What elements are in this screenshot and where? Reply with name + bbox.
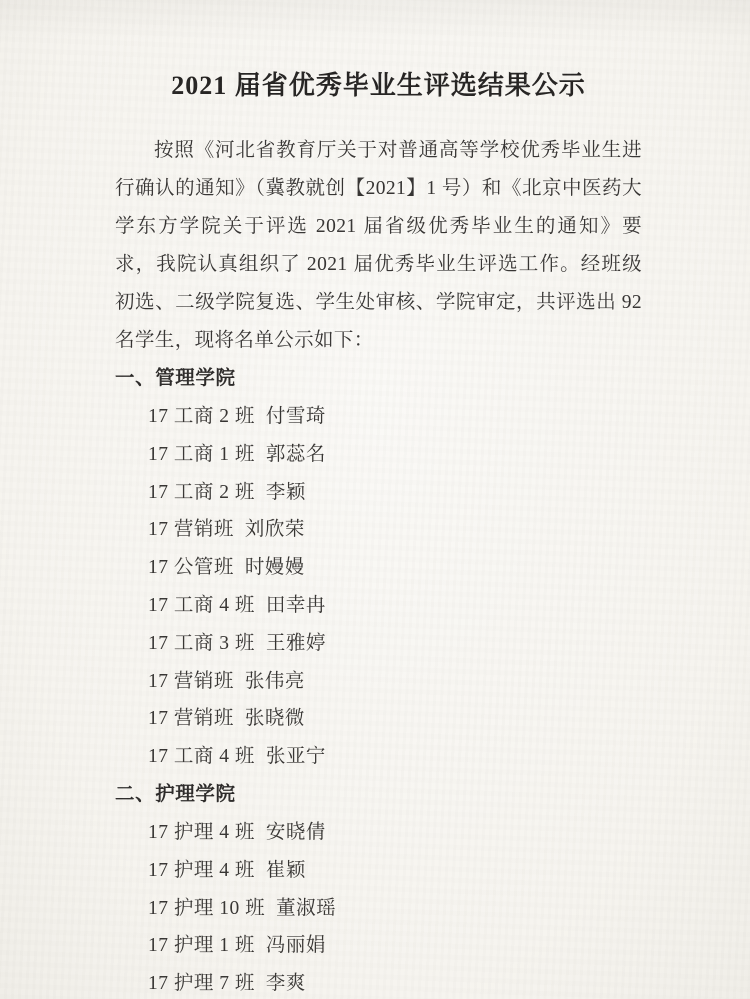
student-class: 17 工商 2 班 [148,406,255,427]
student-class: 17 工商 3 班 [148,633,255,654]
student-class: 17 工商 1 班 [148,444,255,465]
student-row: 17 工商 3 班王雅婷 [115,625,642,663]
student-row: 17 护理 4 班崔颖 [115,852,642,890]
student-row: 17 营销班刘欣荣 [115,511,642,549]
student-row: 17 护理 10 班董淑瑶 [115,890,642,928]
student-class: 17 营销班 [148,708,234,729]
student-name: 王雅婷 [266,633,326,654]
student-name: 崔颖 [266,860,306,881]
student-name: 李颖 [266,482,306,503]
student-name: 时嫚嫚 [245,557,305,578]
student-class: 17 工商 4 班 [148,595,255,616]
student-name: 李爽 [266,973,306,994]
student-class: 17 营销班 [148,671,234,692]
student-list-management: 17 工商 2 班付雪琦 17 工商 1 班郭蕊名 17 工商 2 班李颖 17… [115,398,642,776]
student-class: 17 护理 4 班 [148,822,255,843]
student-name: 田幸冉 [266,595,326,616]
student-name: 安晓倩 [266,822,326,843]
student-row: 17 护理 7 班李爽 [115,965,642,999]
student-class: 17 护理 10 班 [148,898,265,919]
student-name: 冯丽娟 [266,935,326,956]
student-row: 17 营销班张晓微 [115,700,642,738]
student-name: 付雪琦 [266,406,326,427]
student-name: 刘欣荣 [245,519,305,540]
section-management: 一、管理学院 17 工商 2 班付雪琦 17 工商 1 班郭蕊名 17 工商 2… [115,360,642,776]
section-heading-management: 一、管理学院 [115,360,642,398]
section-heading-nursing: 二、护理学院 [115,776,642,814]
student-class: 17 护理 1 班 [148,935,255,956]
student-name: 郭蕊名 [266,444,326,465]
student-row: 17 工商 4 班田幸冉 [115,587,642,625]
student-name: 张晓微 [245,708,305,729]
intro-paragraph: 按照《河北省教育厅关于对普通高等学校优秀毕业生进行确认的通知》（冀教就创【202… [115,132,642,360]
student-list-nursing: 17 护理 4 班安晓倩 17 护理 4 班崔颖 17 护理 10 班董淑瑶 1… [115,814,642,999]
student-name: 张伟亮 [245,671,305,692]
student-class: 17 公管班 [148,557,234,578]
student-row: 17 公管班时嫚嫚 [115,549,642,587]
student-row: 17 工商 4 班张亚宁 [115,738,642,776]
student-row: 17 护理 4 班安晓倩 [115,814,642,852]
student-name: 董淑瑶 [276,898,336,919]
student-class: 17 护理 7 班 [148,973,255,994]
student-row: 17 工商 1 班郭蕊名 [115,436,642,474]
scanned-document-page: 2021 届省优秀毕业生评选结果公示 按照《河北省教育厅关于对普通高等学校优秀毕… [0,0,750,999]
student-class: 17 工商 4 班 [148,746,255,767]
section-nursing: 二、护理学院 17 护理 4 班安晓倩 17 护理 4 班崔颖 17 护理 10… [115,776,642,999]
student-class: 17 工商 2 班 [148,482,255,503]
student-class: 17 护理 4 班 [148,860,255,881]
student-class: 17 营销班 [148,519,234,540]
student-row: 17 工商 2 班李颖 [115,474,642,512]
student-name: 张亚宁 [266,746,326,767]
student-row: 17 工商 2 班付雪琦 [115,398,642,436]
student-row: 17 营销班张伟亮 [115,663,642,701]
document-title: 2021 届省优秀毕业生评选结果公示 [115,66,642,106]
student-row: 17 护理 1 班冯丽娟 [115,927,642,965]
